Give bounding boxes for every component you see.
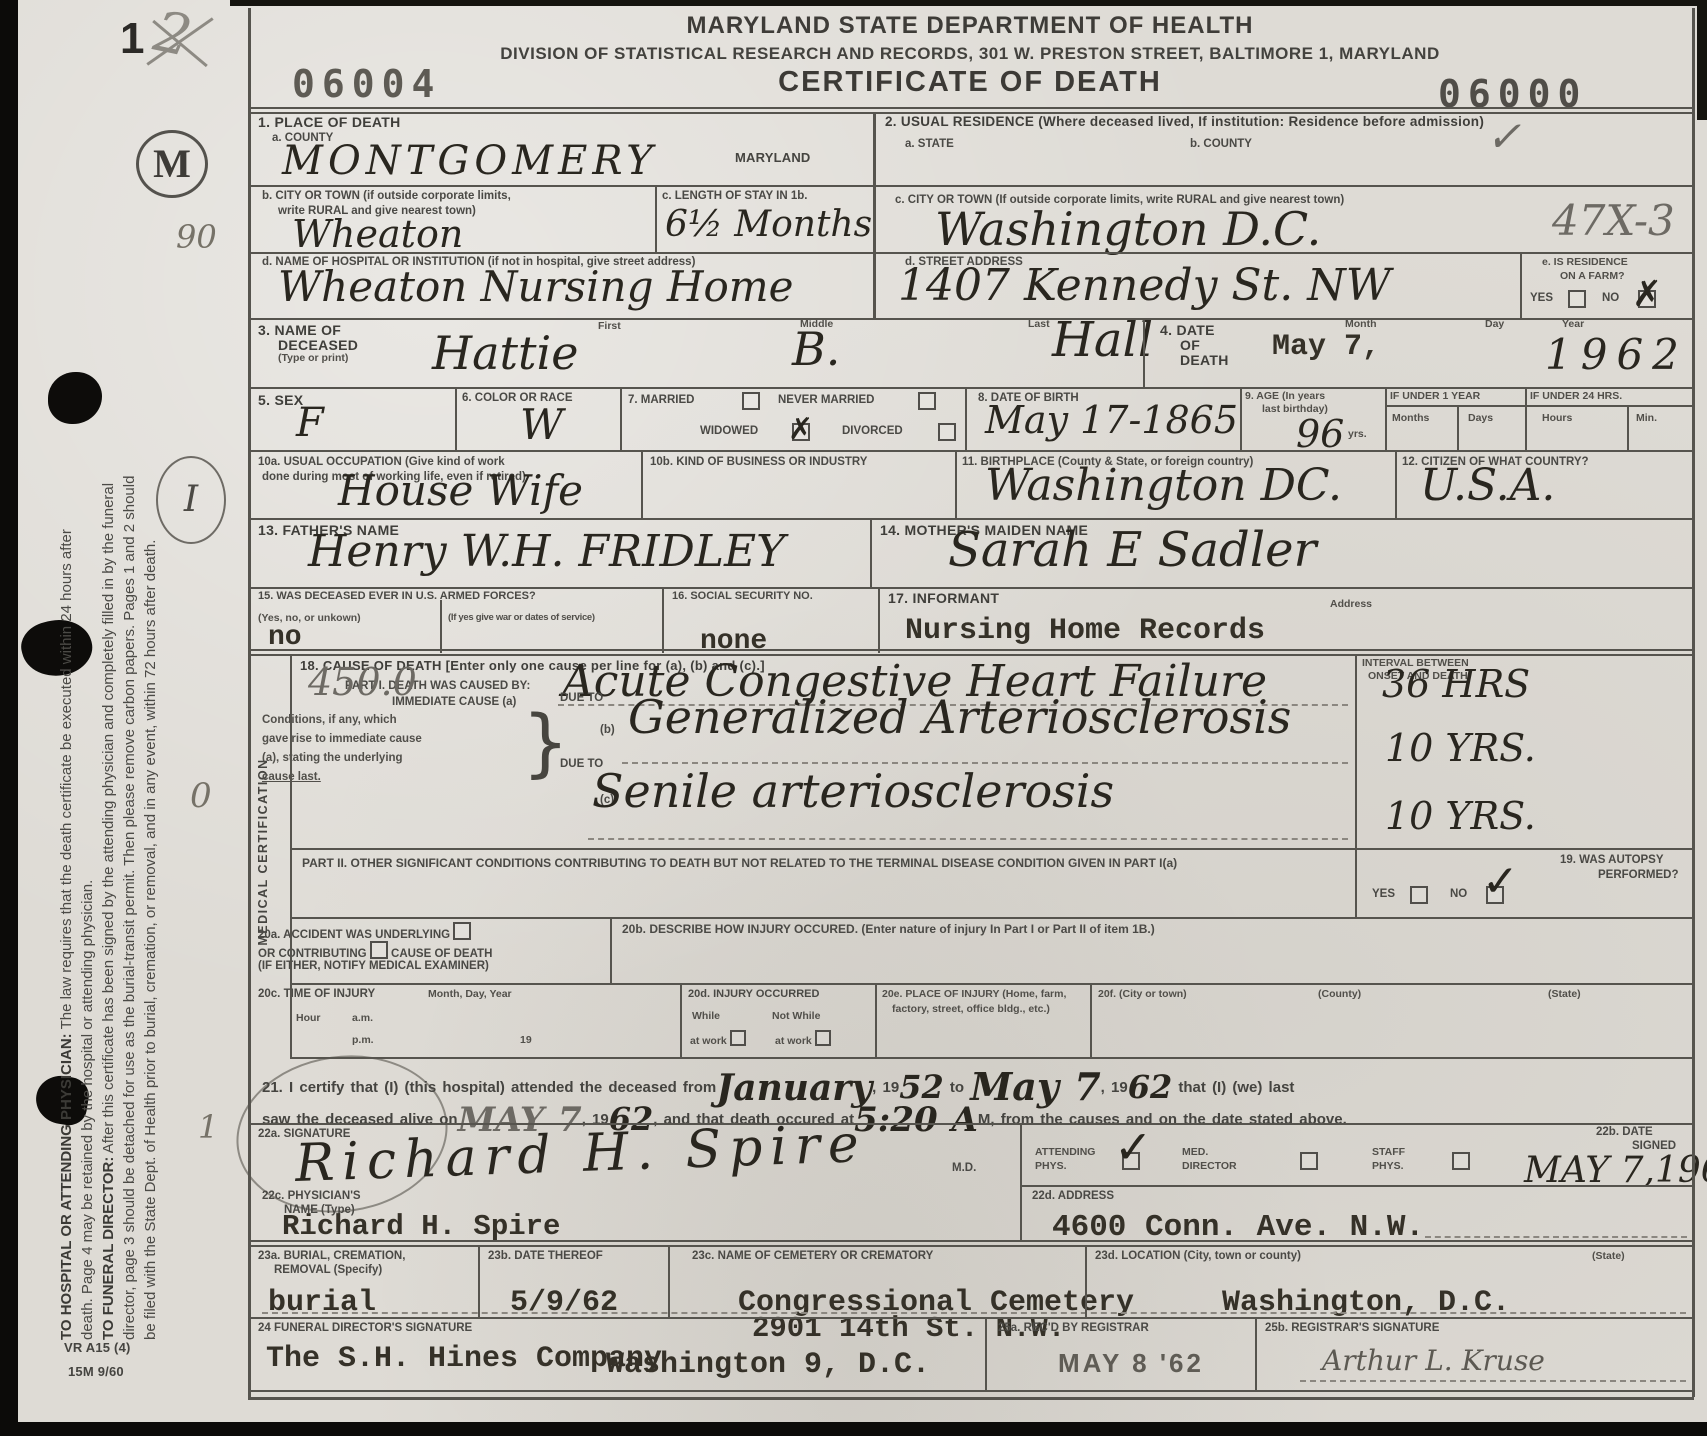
city-town-label: b. CITY OR TOWN (if outside corporate li… — [262, 190, 511, 202]
ssn-label: 16. SOCIAL SECURITY NO. — [672, 590, 813, 602]
injury-am-label: a.m. — [352, 1012, 373, 1024]
injury-mdy-header: Month, Day, Year — [428, 988, 512, 1000]
date-of-death-label: DEATH — [1180, 352, 1229, 368]
grid-line — [1085, 1245, 1087, 1317]
instruction-text: death. Page 4 may be retained by the hos… — [79, 880, 96, 1340]
grid-line — [248, 1245, 1694, 1247]
injury-hour-label: Hour — [296, 1012, 321, 1024]
certificate-number-right: 06000 — [1438, 72, 1587, 116]
top-right-corner-patch — [1697, 0, 1707, 120]
first-name-header: First — [598, 320, 621, 332]
grid-line — [248, 587, 1694, 589]
grid-line — [248, 450, 1694, 452]
not-while-at-work-checkbox — [815, 1030, 831, 1046]
accident-underlying-checkbox — [453, 922, 471, 940]
last-name-value: Hall — [1052, 312, 1153, 368]
attending-phys-mark: ✓ — [1114, 1120, 1153, 1174]
grid-line — [1525, 387, 1527, 450]
part2-text: PART II. OTHER SIGNIFICANT CONDITIONS CO… — [302, 856, 1177, 870]
grid-line — [620, 387, 622, 450]
citizen-value: U.S.A. — [1420, 460, 1555, 511]
grid-line — [248, 649, 1694, 651]
burial-location-value: Washington, D.C. — [1222, 1286, 1510, 1320]
injury-place-label: 20e. PLACE OF INJURY (Home, farm, — [882, 988, 1066, 1000]
cause-c-underline — [588, 838, 1348, 840]
grid-line — [455, 387, 457, 450]
grid-line — [1020, 1185, 1694, 1187]
grid-line — [878, 587, 880, 653]
informant-address-header: Address — [1330, 598, 1372, 610]
grid-line — [1520, 252, 1522, 318]
conditions-note: (a), stating the underlying — [262, 752, 403, 764]
farm-yes-checkbox — [1568, 290, 1586, 308]
pencil-note-0: 0 — [190, 776, 212, 816]
grid-line — [1240, 387, 1242, 450]
department-title: MARYLAND STATE DEPARTMENT OF HEALTH — [250, 12, 1690, 40]
name-label: 3. NAME OF — [258, 322, 341, 338]
med-director-label: MED. — [1182, 1146, 1208, 1158]
married-label: 7. MARRIED — [628, 394, 694, 406]
interval-b-value: 10 YRS. — [1385, 726, 1536, 770]
registrar-underline — [1300, 1380, 1686, 1382]
date-signed-label: 22b. DATE — [1596, 1126, 1653, 1138]
burial-date-value: 5/9/62 — [510, 1286, 618, 1320]
physician-name-value: Richard H. Spire — [282, 1210, 560, 1243]
cause-b-label: (b) — [600, 724, 615, 736]
father-name-value: Henry W.H. FRIDLEY — [308, 526, 785, 577]
top-edge-strip — [230, 0, 1707, 6]
cause-c-value: Senile arteriosclerosis — [592, 764, 1114, 818]
grid-line — [248, 185, 1694, 187]
middle-name-value: B. — [792, 322, 840, 376]
widowed-mark: ✗ — [788, 412, 813, 447]
grid-line — [985, 1317, 987, 1390]
while-text: at work — [690, 1035, 727, 1047]
sex-value: F — [296, 400, 324, 446]
physician-name-label: 22c. PHYSICIAN'S — [262, 1190, 361, 1202]
division-subtitle: DIVISION OF STATISTICAL RESEARCH AND REC… — [250, 44, 1690, 64]
farm-yes-label: YES — [1530, 292, 1553, 304]
grid-line — [290, 983, 1694, 985]
med-director-checkbox — [1300, 1152, 1318, 1170]
autopsy-no-mark: ✓ — [1482, 856, 1519, 907]
grid-line — [1385, 387, 1387, 450]
grid-line — [655, 185, 657, 252]
grid-line — [610, 917, 612, 983]
grid-line — [1143, 318, 1145, 387]
autopsy-no-label: NO — [1450, 888, 1467, 900]
grid-line — [1090, 983, 1092, 1057]
pencil-note-90: 90 — [176, 218, 217, 256]
married-checkbox — [742, 392, 760, 410]
injury-county-header: (County) — [1318, 988, 1361, 1000]
grid-line — [1385, 405, 1694, 407]
instruction-line: director, page 3 should be detached for … — [119, 80, 140, 1340]
first-name-value: Hattie — [432, 326, 578, 380]
name-label: (Type or print) — [278, 352, 348, 364]
form-code: VR A15 (4) — [64, 1340, 131, 1355]
autopsy-label: PERFORMED? — [1598, 869, 1679, 881]
not-while-label: Not While — [772, 1010, 820, 1022]
instruction-line: be filed with the State Dept. of Health … — [140, 80, 161, 1340]
accident-label: (IF EITHER, NOTIFY MEDICAL EXAMINER) — [258, 960, 489, 972]
burial-date-label: 23b. DATE THEREOF — [488, 1250, 603, 1262]
grid-line — [1627, 405, 1629, 450]
instruction-lead: TO FUNERAL DIRECTOR: — [100, 1157, 117, 1340]
injury-occurred-label: 20d. INJURY OCCURRED — [688, 988, 819, 1000]
grid-line — [248, 1240, 1694, 1242]
city-town-value: Wheaton — [292, 212, 463, 256]
district-code: 47X-3 — [1552, 196, 1675, 245]
farm-no-mark: ✗ — [1632, 274, 1662, 315]
grid-line — [248, 654, 1694, 656]
grid-line — [248, 318, 1694, 320]
grid-line — [1457, 405, 1459, 450]
injury-state-header: (State) — [1548, 988, 1581, 1000]
recd-date-stamp: MAY 8 '62 — [1058, 1348, 1204, 1379]
sidebar-instructions: TO HOSPITAL OR ATTENDING PHYSICIAN: The … — [56, 80, 161, 1340]
length-of-stay-value: 6½ Months — [665, 204, 872, 245]
cause-code: 450.0 — [308, 660, 417, 704]
while-at-work-checkbox — [730, 1030, 746, 1046]
residence-state-label: a. STATE — [905, 138, 954, 150]
accident-text: CAUSE OF DEATH — [391, 948, 492, 960]
death-certificate-scan: 1 2 M 90 I 0 1 TO HOSPITAL OR ATTENDING … — [0, 0, 1707, 1436]
certify-text: M, from the causes and on the date state… — [978, 1111, 1347, 1128]
grid-line — [248, 8, 251, 1397]
grid-line — [248, 518, 1694, 520]
md-label: M.D. — [952, 1162, 976, 1174]
certify-text: saw the deceased alive on — [262, 1111, 458, 1128]
while-label: at work — [690, 1030, 746, 1047]
grid-line — [641, 450, 643, 518]
length-of-stay-label: c. LENGTH OF STAY IN 1b. — [662, 190, 807, 202]
name-label: DECEASED — [278, 337, 358, 353]
hours-header: Hours — [1542, 412, 1572, 424]
form-code: 15M 9/60 — [68, 1364, 124, 1379]
not-while-label: at work — [775, 1030, 831, 1047]
grid-line — [478, 1245, 480, 1317]
grid-line — [248, 1123, 1694, 1125]
grid-line — [1020, 1123, 1022, 1240]
grid-line — [290, 1057, 1694, 1059]
stamp-i-letter: I — [184, 479, 198, 520]
grid-line — [668, 1245, 670, 1317]
armed-forces-sublabel: (If yes give war or dates of service) — [448, 612, 595, 623]
residence-county-label: b. COUNTY — [1190, 138, 1252, 150]
date-of-death-label: 4. DATE — [1160, 322, 1215, 338]
farm-no-label: NO — [1602, 292, 1619, 304]
county-value: MONTGOMERY — [282, 138, 658, 184]
grid-line — [440, 600, 442, 653]
grid-line — [1355, 654, 1357, 917]
staff-phys-label: PHYS. — [1372, 1160, 1404, 1172]
funeral-company-value: The S.H. Hines Company — [266, 1342, 662, 1376]
months-header: Months — [1392, 412, 1429, 424]
birthplace-value: Washington DC. — [985, 460, 1342, 511]
grid-line — [290, 654, 292, 1057]
certify-text: 21. I certify that (I) (this hospital) a… — [262, 1079, 716, 1096]
pencil-note-1: 1 — [198, 1108, 218, 1146]
mother-name-value: Sarah E Sadler — [948, 522, 1316, 578]
farm-label: e. IS RESIDENCE — [1542, 256, 1628, 268]
certify-text: , 19 — [1101, 1079, 1128, 1096]
death-year-value: 1962 — [1545, 330, 1688, 379]
page-number: 1 — [120, 14, 144, 64]
injury-year-prefix: 19 — [520, 1034, 532, 1046]
farm-label: ON A FARM? — [1560, 270, 1625, 282]
grid-line — [680, 983, 682, 1057]
grid-line — [1255, 1317, 1257, 1390]
under-24-hrs-header: IF UNDER 24 HRS. — [1530, 390, 1622, 402]
under-1-year-header: IF UNDER 1 YEAR — [1390, 390, 1480, 402]
instruction-text: be filed with the State Dept. of Health … — [142, 540, 159, 1340]
burial-type-label: 23a. BURIAL, CREMATION, — [258, 1250, 405, 1262]
certify-time-value: 5:20 A — [854, 1100, 978, 1140]
grid-line — [1395, 450, 1397, 518]
grid-line — [248, 1390, 1694, 1392]
occupation-value: House Wife — [338, 466, 583, 515]
funeral-director-label: 24 FUNERAL DIRECTOR'S SIGNATURE — [258, 1322, 472, 1334]
accident-contributing-checkbox — [370, 941, 388, 959]
accident-text: OR CONTRIBUTING — [258, 948, 367, 960]
days-header: Days — [1468, 412, 1493, 424]
not-while-text: at work — [775, 1035, 812, 1047]
burial-location-label: 23d. LOCATION (City, town or county) — [1095, 1250, 1301, 1262]
grid-line — [248, 387, 1694, 389]
grid-line — [1692, 8, 1695, 1397]
accident-label: OR CONTRIBUTING CAUSE OF DEATH — [258, 941, 492, 960]
injury-city-label: 20f. (City or town) — [1098, 988, 1187, 1000]
circled-i-stamp: I — [156, 456, 226, 544]
date-of-birth-value: May 17-1865 — [985, 398, 1238, 442]
autopsy-label: 19. WAS AUTOPSY — [1560, 854, 1664, 866]
autopsy-yes-label: YES — [1372, 888, 1395, 900]
burial-type-label: REMOVAL (Specify) — [274, 1264, 382, 1276]
accident-text: 20a. ACCIDENT WAS UNDERLYING — [258, 929, 450, 941]
grid-line — [870, 518, 872, 587]
burial-state-header: (State) — [1592, 1250, 1625, 1262]
informant-value: Nursing Home Records — [905, 614, 1265, 648]
grid-line — [248, 107, 1694, 109]
interval-a-value: 36 HRS — [1382, 662, 1530, 706]
street-address-value: 1407 Kennedy St. NW — [898, 260, 1391, 311]
date-of-death-label: OF — [1180, 337, 1200, 353]
injury-place-label: factory, street, office bldg., etc.) — [892, 1003, 1050, 1015]
cause-b-value: Generalized Arteriosclerosis — [628, 690, 1291, 744]
instruction-text: director, page 3 should be detached for … — [121, 476, 138, 1340]
certify-text: , 19 — [872, 1079, 899, 1096]
widowed-label: WIDOWED — [700, 425, 758, 437]
pencil-checkmark: ✓ — [1486, 112, 1521, 161]
residence-city-value: Washington D.C. — [935, 202, 1321, 256]
age-label: 9. AGE (In years — [1245, 390, 1325, 402]
race-value: W — [520, 400, 563, 449]
grid-line — [955, 450, 957, 518]
bottom-edge-strip — [0, 1422, 1707, 1436]
grid-line — [248, 252, 1694, 254]
injury-how-label: 20b. DESCRIBE HOW INJURY OCCURED. (Enter… — [622, 922, 1155, 936]
instruction-lead: TO HOSPITAL OR ATTENDING PHYSICIAN: — [58, 1033, 75, 1340]
grid-line — [662, 587, 664, 653]
interval-c-value: 10 YRS. — [1385, 794, 1536, 838]
certify-text: that (I) (we) last — [1172, 1079, 1294, 1096]
divorced-checkbox — [938, 423, 956, 441]
left-edge-strip — [0, 0, 18, 1436]
min-header: Min. — [1636, 412, 1657, 424]
instruction-text: After this certificate has been signed b… — [100, 483, 117, 1157]
grid-line — [290, 848, 1694, 850]
cemetery-label: 23c. NAME OF CEMETERY OR CREMATORY — [692, 1250, 933, 1262]
place-of-death-title: 1. PLACE OF DEATH — [258, 114, 401, 130]
never-married-label: NEVER MARRIED — [778, 394, 874, 406]
usual-residence-title: 2. USUAL RESIDENCE (Where deceased lived… — [885, 114, 1484, 129]
medical-certification-text: MEDICAL CERTIFICATION — [256, 758, 270, 945]
while-label: While — [692, 1010, 720, 1022]
age-unit-label: yrs. — [1348, 428, 1367, 440]
recd-by-registrar-label: 25a. REC'D BY REGISTRAR — [998, 1322, 1149, 1334]
instruction-text: The law requires that the death certific… — [58, 529, 75, 1033]
staff-phys-checkbox — [1452, 1152, 1470, 1170]
never-married-checkbox — [918, 392, 936, 410]
grid-line — [248, 112, 1694, 114]
instruction-line: TO HOSPITAL OR ATTENDING PHYSICIAN: The … — [56, 80, 77, 1340]
grid-line — [248, 1317, 1694, 1319]
autopsy-yes-checkbox — [1410, 886, 1428, 904]
injury-pm-label: p.m. — [352, 1034, 374, 1046]
address-underline — [1425, 1236, 1687, 1238]
state-printed: MARYLAND — [735, 150, 811, 165]
ssn-value: none — [700, 626, 767, 657]
registrar-signature-label: 25b. REGISTRAR'S SIGNATURE — [1265, 1322, 1439, 1334]
grid-line — [248, 1397, 1694, 1400]
hospital-value: Wheaton Nursing Home — [278, 262, 793, 311]
physician-address-label: 22d. ADDRESS — [1032, 1190, 1114, 1202]
grid-line — [873, 112, 876, 318]
conditions-brace: } — [522, 700, 569, 786]
med-director-label: DIRECTOR — [1182, 1160, 1237, 1172]
instruction-line: TO FUNERAL DIRECTOR: After this certific… — [98, 80, 119, 1340]
injury-time-label: 20c. TIME OF INJURY — [258, 988, 375, 1000]
certificate-number-left: 06004 — [292, 62, 441, 106]
instruction-line: death. Page 4 may be retained by the hos… — [77, 80, 98, 1340]
staff-phys-label: STAFF — [1372, 1146, 1405, 1158]
certify-text: to — [944, 1079, 971, 1096]
funeral-city-value: Washington 9, D.C. — [606, 1348, 930, 1382]
attending-phys-label: PHYS. — [1035, 1160, 1067, 1172]
death-month-day-value: May 7, — [1272, 330, 1380, 364]
registrar-signature-value: Arthur L. Kruse — [1322, 1344, 1545, 1377]
conditions-note: Conditions, if any, which — [262, 714, 397, 726]
attending-phys-label: ATTENDING — [1035, 1146, 1095, 1158]
informant-label: 17. INFORMANT — [888, 590, 999, 606]
business-label: 10b. KIND OF BUSINESS OR INDUSTRY — [650, 456, 867, 468]
burial-type-value: burial — [268, 1286, 376, 1320]
grid-line — [875, 983, 877, 1057]
grid-line — [290, 917, 1694, 919]
conditions-note: gave rise to immediate cause — [262, 733, 422, 745]
grid-line — [965, 387, 967, 450]
armed-forces-label: 15. WAS DECEASED EVER IN U.S. ARMED FORC… — [258, 590, 536, 602]
divorced-label: DIVORCED — [842, 425, 903, 437]
